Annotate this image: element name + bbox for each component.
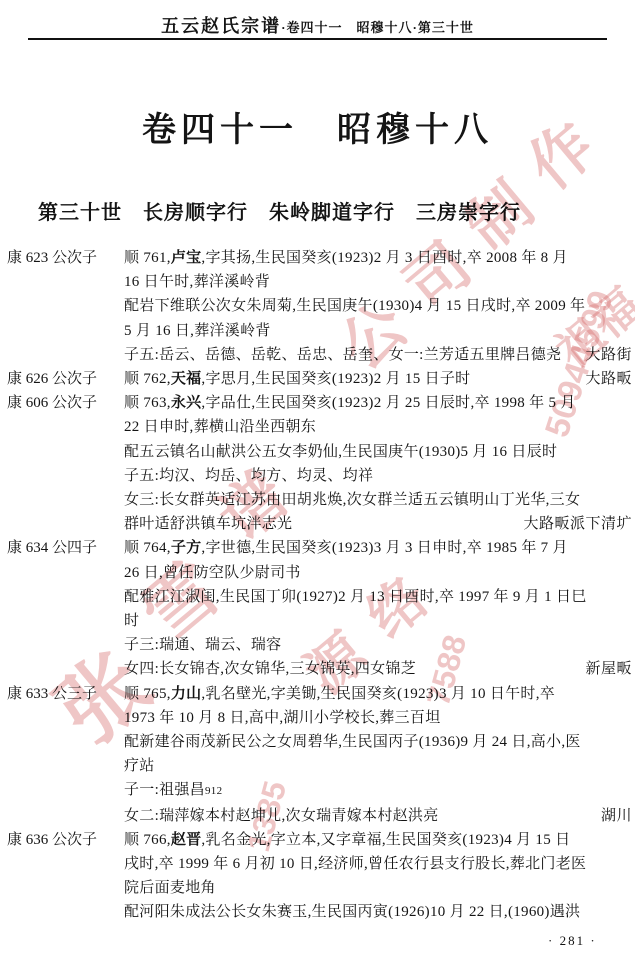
entry-text-line: 子五:均汉、均岳、均方、均灵、均祥 xyxy=(124,464,632,488)
text-segment: 1973 年 10 月 8 日,高中,湖川小学校长,葬三百坦 xyxy=(124,710,441,726)
entry-text-line: 顺 762,天福,字思月,生民国癸亥(1923)2 月 15 日子时大路畈 xyxy=(124,367,632,391)
entry-text: 时 xyxy=(124,609,139,633)
entry-text-line: 时 xyxy=(124,609,632,633)
entry-text: 顺 763,永兴,字品仕,生民国癸亥(1923)2 月 25 日辰时,卒 199… xyxy=(124,391,576,415)
text-segment: ,字品仕,生民国癸亥(1923)2 月 25 日辰时,卒 1998 年 5 月 xyxy=(201,395,575,411)
entry-father-label: 康 634 公四子 xyxy=(7,536,97,560)
genealogy-entry: 康 606 公次子顺 763,永兴,字品仕,生民国癸亥(1923)2 月 25 … xyxy=(0,391,635,536)
text-segment: ,字思月,生民国癸亥(1923)2 月 15 日子时 xyxy=(201,371,470,387)
text-segment: 顺 764, xyxy=(124,540,171,556)
entry-text: 16 日午时,葬洋溪岭背 xyxy=(124,270,270,294)
genealogy-entry: 康 626 公次子顺 762,天福,字思月,生民国癸亥(1923)2 月 15 … xyxy=(0,367,635,391)
entry-text: 22 日申时,葬横山沿坐西朝东 xyxy=(124,415,316,439)
person-name: 永兴 xyxy=(171,395,202,411)
person-name: 力山 xyxy=(171,686,202,702)
genealogy-entry: 康 633 公三子顺 765,力山,乳名壁光,字美锄,生民国癸亥(1923)3 … xyxy=(0,682,635,828)
header-rule xyxy=(28,38,607,40)
entry-text: 5 月 16 日,葬洋溪岭背 xyxy=(124,319,271,343)
entry-text: 戌时,卒 1999 年 6 月初 10 日,经济师,曾任农行县支行股长,葬北门老… xyxy=(124,852,586,876)
entry-text-line: 疗站 xyxy=(124,754,632,778)
page-title: 卷四十一 昭穆十八 xyxy=(0,102,635,151)
residence-place: 大路畈派下清圹 xyxy=(523,512,632,536)
text-segment: 配河阳朱成法公长女朱赛玉,生民国丙寅(1926)10 月 22 日,(1960)… xyxy=(124,904,580,920)
text-segment: 5 月 16 日,葬洋溪岭背 xyxy=(124,323,271,339)
section-heading: 第三十世 长房顺字行 朱岭脚道字行 三房崇字行 xyxy=(38,196,521,225)
entry-text: 子五:岳云、岳德、岳乾、岳忠、岳奎、女一:兰芳适五里牌吕德尧 xyxy=(124,343,561,367)
entry-text-line: 群叶适舒洪镇车坑泮志光大路畈派下清圹 xyxy=(124,512,632,536)
entry-text-line: 16 日午时,葬洋溪岭背 xyxy=(124,270,632,294)
entry-text: 顺 762,天福,字思月,生民国癸亥(1923)2 月 15 日子时 xyxy=(124,367,470,391)
entry-text: 子五:均汉、均岳、均方、均灵、均祥 xyxy=(124,464,373,488)
entry-text-line: 顺 761,卢宝,字其扬,生民国癸亥(1923)2 月 3 日酉时,卒 2008… xyxy=(124,246,632,270)
text-segment: 子三:瑞通、瑞云、瑞容 xyxy=(124,637,281,653)
entry-father-label: 康 623 公次子 xyxy=(7,246,97,270)
entry-text: 配岩下维联公次女朱周菊,生民国庚午(1930)4 月 15 日戌时,卒 2009… xyxy=(124,294,585,318)
residence-place: 新屋畈 xyxy=(585,657,632,681)
entry-text: 群叶适舒洪镇车坑泮志光 xyxy=(124,512,292,536)
entry-text: 顺 764,子方,字世德,生民国癸亥(1923)3 月 3 日申时,卒 1985… xyxy=(124,536,568,560)
text-segment: 疗站 xyxy=(124,758,155,774)
entry-text-line: 院后面麦地角 xyxy=(124,876,632,900)
entry-text: 1973 年 10 月 8 日,高中,湖川小学校长,葬三百坦 xyxy=(124,706,441,730)
entry-text-line: 女四:长女锦杏,次女锦华,三女锦英,四女锦芝新屋畈 xyxy=(124,657,632,681)
entry-text-line: 26 日,曾任防空队少尉司书 xyxy=(124,561,632,585)
entry-text-line: 配五云镇名山献洪公五女李奶仙,生民国庚午(1930)5 月 16 日辰时 xyxy=(124,440,632,464)
entry-text-line: 顺 765,力山,乳名壁光,字美锄,生民国癸亥(1923)3 月 10 日午时,… xyxy=(124,682,632,706)
text-segment: 配雅江江淑闺,生民国丁卯(1927)2 月 13 日酉时,卒 1997 年 9 … xyxy=(124,589,587,605)
entry-father-label: 康 626 公次子 xyxy=(7,367,97,391)
entry-text-line: 女三:长女群英适江苏由田胡兆焕,次女群兰适五云镇明山丁光华,三女 xyxy=(124,488,632,512)
entry-text: 女二:瑞萍嫁本村赵坤儿,次女瑞青嫁本村赵洪亮 xyxy=(124,804,439,828)
entry-text: 配雅江江淑闺,生民国丁卯(1927)2 月 13 日酉时,卒 1997 年 9 … xyxy=(124,585,587,609)
page-number: · 281 · xyxy=(548,933,597,949)
entry-father-label: 康 636 公次子 xyxy=(7,828,97,852)
text-segment: 顺 762, xyxy=(124,371,171,387)
person-name: 天福 xyxy=(171,371,202,387)
text-segment: 顺 761, xyxy=(124,250,171,266)
entry-text-line: 配岩下维联公次女朱周菊,生民国庚午(1930)4 月 15 日戌时,卒 2009… xyxy=(124,294,632,318)
residence-place: 大路畈 xyxy=(585,367,632,391)
text-segment: 顺 765, xyxy=(124,686,171,702)
text-segment: 22 日申时,葬横山沿坐西朝东 xyxy=(124,419,316,435)
text-segment: 配岩下维联公次女朱周菊,生民国庚午(1930)4 月 15 日戌时,卒 2009… xyxy=(124,298,585,314)
book-title: 五云赵氏宗谱 xyxy=(161,16,281,36)
entry-text: 顺 766,赵晋,乳名金光,字立本,又字章福,生民国癸亥(1923)4 月 15… xyxy=(124,828,570,852)
text-segment: 戌时,卒 1999 年 6 月初 10 日,经济师,曾任农行县支行股长,葬北门老… xyxy=(124,856,586,872)
header-volume-info: ·卷四十一 昭穆十八·第三十世 xyxy=(281,20,474,35)
person-name: 子方 xyxy=(171,540,202,556)
entry-text: 子三:瑞通、瑞云、瑞容 xyxy=(124,633,281,657)
entry-text: 配河阳朱成法公长女朱赛玉,生民国丙寅(1926)10 月 22 日,(1960)… xyxy=(124,900,580,924)
text-segment: 群叶适舒洪镇车坑泮志光 xyxy=(124,516,292,532)
entry-text: 26 日,曾任防空队少尉司书 xyxy=(124,561,301,585)
text-segment: 配新建谷雨茂新民公之女周碧华,生民国丙子(1936)9 月 24 日,高小,医 xyxy=(124,734,581,750)
text-segment: 顺 763, xyxy=(124,395,171,411)
entry-text-line: 配河阳朱成法公长女朱赛玉,生民国丙寅(1926)10 月 22 日,(1960)… xyxy=(124,900,632,924)
genealogy-entry: 康 636 公次子顺 766,赵晋,乳名金光,字立本,又字章福,生民国癸亥(19… xyxy=(0,828,635,925)
entry-text-line: 22 日申时,葬横山沿坐西朝东 xyxy=(124,415,632,439)
entry-text-line: 5 月 16 日,葬洋溪岭背 xyxy=(124,319,632,343)
entry-text-line: 顺 763,永兴,字品仕,生民国癸亥(1923)2 月 25 日辰时,卒 199… xyxy=(124,391,632,415)
text-segment: 女四:长女锦杏,次女锦华,三女锦英,四女锦芝 xyxy=(124,661,416,677)
text-segment: 配五云镇名山献洪公五女李奶仙,生民国庚午(1930)5 月 16 日辰时 xyxy=(124,444,557,460)
entry-text: 子一:祖强昌912 xyxy=(124,778,222,803)
text-segment: 子五:均汉、均岳、均方、均灵、均祥 xyxy=(124,468,373,484)
text-segment: 女二:瑞萍嫁本村赵坤儿,次女瑞青嫁本村赵洪亮 xyxy=(124,808,439,824)
entry-text-line: 顺 764,子方,字世德,生民国癸亥(1923)3 月 3 日申时,卒 1985… xyxy=(124,536,632,560)
entry-text-line: 戌时,卒 1999 年 6 月初 10 日,经济师,曾任农行县支行股长,葬北门老… xyxy=(124,852,632,876)
entry-text: 女四:长女锦杏,次女锦华,三女锦英,四女锦芝 xyxy=(124,657,416,681)
text-segment: 子五:岳云、岳德、岳乾、岳忠、岳奎、女一:兰芳适五里牌吕德尧 xyxy=(124,347,561,363)
genealogy-entry: 康 634 公四子顺 764,子方,字世德,生民国癸亥(1923)3 月 3 日… xyxy=(0,536,635,681)
text-segment: 顺 766, xyxy=(124,832,171,848)
text-segment: ,字其扬,生民国癸亥(1923)2 月 3 日酉时,卒 2008 年 8 月 xyxy=(201,250,567,266)
entry-text: 配五云镇名山献洪公五女李奶仙,生民国庚午(1930)5 月 16 日辰时 xyxy=(124,440,557,464)
entries-list: 康 623 公次子顺 761,卢宝,字其扬,生民国癸亥(1923)2 月 3 日… xyxy=(0,246,635,925)
text-segment: ,乳名金光,字立本,又字章福,生民国癸亥(1923)4 月 15 日 xyxy=(201,832,570,848)
text-segment: 院后面麦地角 xyxy=(124,880,216,896)
text-segment: ,乳名壁光,字美锄,生民国癸亥(1923)3 月 10 日午时,卒 xyxy=(201,686,555,702)
entry-father-label: 康 606 公次子 xyxy=(7,391,97,415)
residence-place: 湖川 xyxy=(601,804,632,828)
genealogy-entry: 康 623 公次子顺 761,卢宝,字其扬,生民国癸亥(1923)2 月 3 日… xyxy=(0,246,635,367)
person-name: 卢宝 xyxy=(171,250,202,266)
entry-text-line: 配雅江江淑闺,生民国丁卯(1927)2 月 13 日酉时,卒 1997 年 9 … xyxy=(124,585,632,609)
residence-place: 大路街 xyxy=(585,343,632,367)
entry-father-label: 康 633 公三子 xyxy=(7,682,97,706)
text-segment: ,字世德,生民国癸亥(1923)3 月 3 日申时,卒 1985 年 7 月 xyxy=(201,540,567,556)
entry-text: 院后面麦地角 xyxy=(124,876,216,900)
entry-text-line: 顺 766,赵晋,乳名金光,字立本,又字章福,生民国癸亥(1923)4 月 15… xyxy=(124,828,632,852)
entry-text: 顺 761,卢宝,字其扬,生民国癸亥(1923)2 月 3 日酉时,卒 2008… xyxy=(124,246,568,270)
page-header: 五云赵氏宗谱·卷四十一 昭穆十八·第三十世 xyxy=(0,12,635,38)
entry-text: 疗站 xyxy=(124,754,155,778)
text-segment: 16 日午时,葬洋溪岭背 xyxy=(124,274,270,290)
reference-number: 912 xyxy=(205,785,222,797)
entry-text: 顺 765,力山,乳名壁光,字美锄,生民国癸亥(1923)3 月 10 日午时,… xyxy=(124,682,555,706)
entry-text-line: 配新建谷雨茂新民公之女周碧华,生民国丙子(1936)9 月 24 日,高小,医 xyxy=(124,730,632,754)
text-segment: 子一:祖强昌 xyxy=(124,782,205,798)
text-segment: 26 日,曾任防空队少尉司书 xyxy=(124,565,301,581)
entry-text-line: 子三:瑞通、瑞云、瑞容 xyxy=(124,633,632,657)
entry-text-line: 女二:瑞萍嫁本村赵坤儿,次女瑞青嫁本村赵洪亮湖川 xyxy=(124,804,632,828)
entry-text-line: 子五:岳云、岳德、岳乾、岳忠、岳奎、女一:兰芳适五里牌吕德尧大路街 xyxy=(124,343,632,367)
entry-text-line: 1973 年 10 月 8 日,高中,湖川小学校长,葬三百坦 xyxy=(124,706,632,730)
entry-text: 女三:长女群英适江苏由田胡兆焕,次女群兰适五云镇明山丁光华,三女 xyxy=(124,488,580,512)
text-segment: 女三:长女群英适江苏由田胡兆焕,次女群兰适五云镇明山丁光华,三女 xyxy=(124,492,580,508)
entry-text: 配新建谷雨茂新民公之女周碧华,生民国丙子(1936)9 月 24 日,高小,医 xyxy=(124,730,581,754)
entry-text-line: 子一:祖强昌912 xyxy=(124,778,632,803)
person-name: 赵晋 xyxy=(171,832,202,848)
text-segment: 时 xyxy=(124,613,139,629)
